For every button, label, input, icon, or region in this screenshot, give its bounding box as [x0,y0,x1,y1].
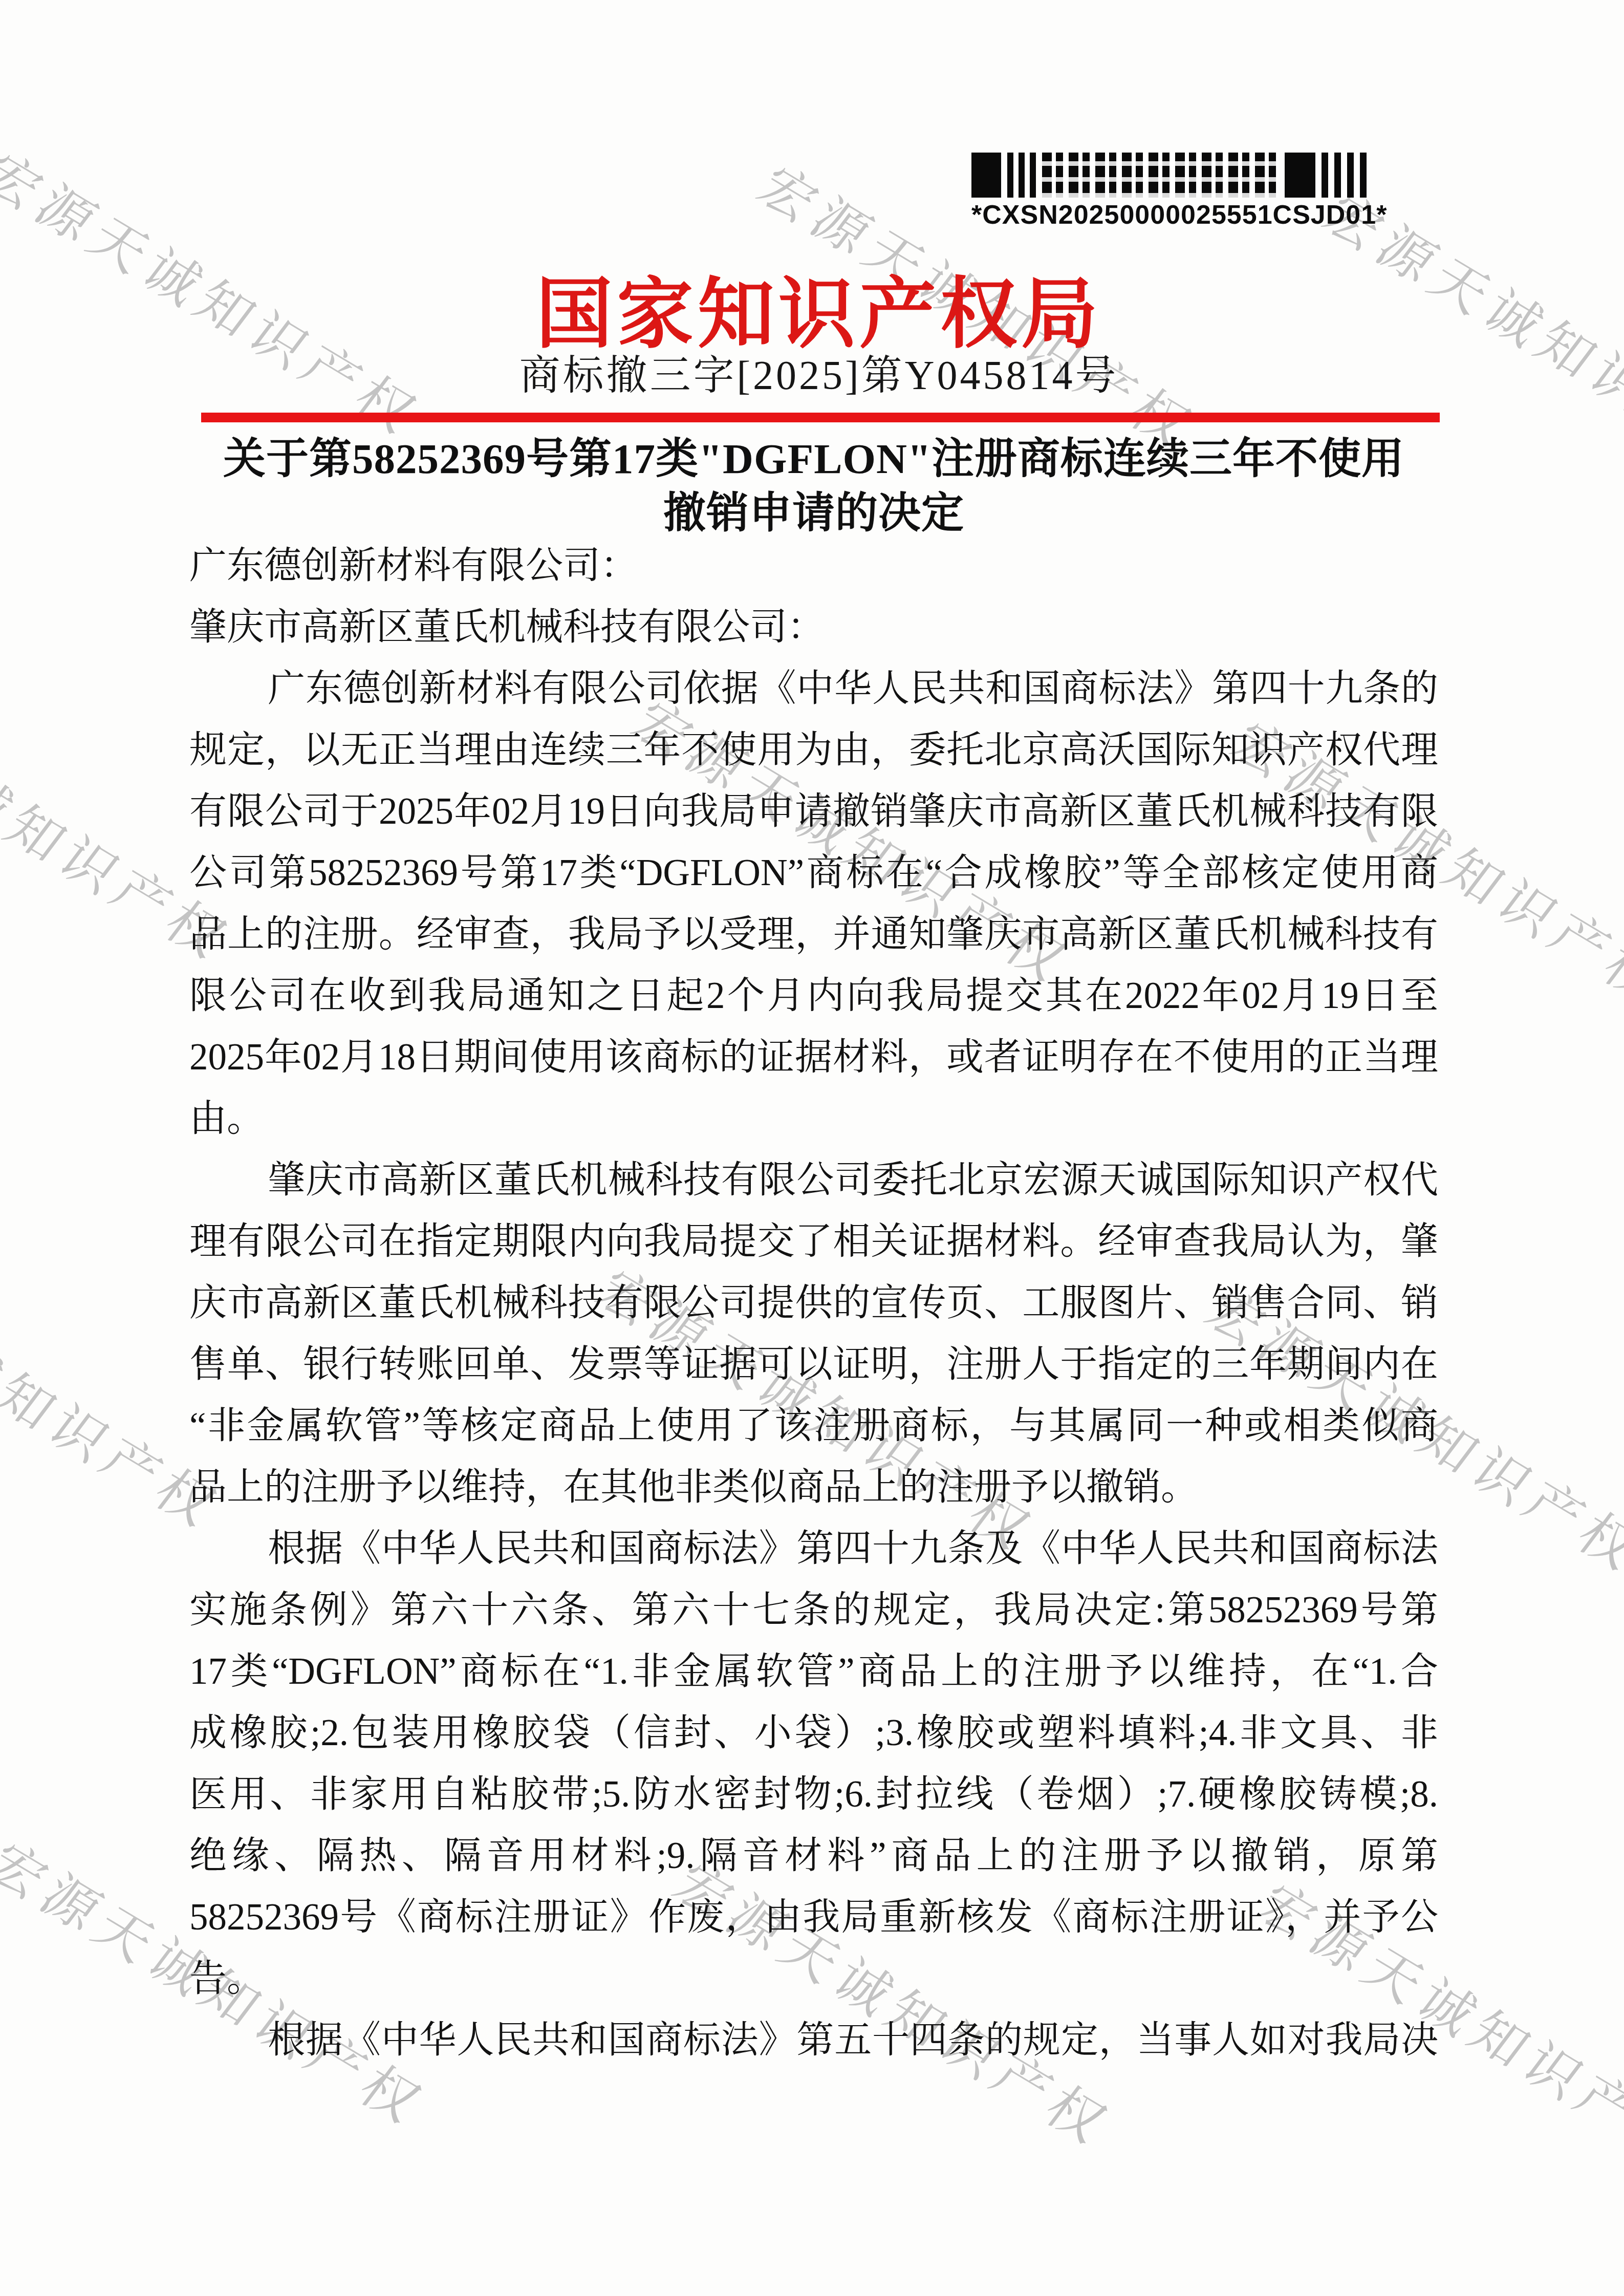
body-line: 广东德创新材料有限公司： [189,535,1438,596]
body-line: 肇庆市高新区董氏机械科技有限公司委托北京宏源天诚国际知识产权代 [189,1149,1438,1211]
decision-title-line2: 撤销申请的决定 [92,486,1535,540]
barcode-text: *CXSN20250000025551CSJD01* [971,200,1376,230]
body-line: 绝缘、隔热、隔音用材料;9.隔音材料”商品上的注册予以撤销，原第 [189,1825,1438,1886]
red-divider [201,413,1440,422]
body-line: 医用、非家用自粘胶带;5.防水密封物;6.封拉线（卷烟）;7.硬橡胶铸模;8. [189,1764,1438,1825]
body-line: 公司第58252369号第17类“DGFLON”商标在“合成橡胶”等全部核定使用… [189,842,1438,904]
document-page: 宏源天诚知识产权宏源天诚知识产权宏源天诚知识产权宏源天诚知识产权宏源天诚知识产权… [0,0,1624,2296]
body-line: 实施条例》第六十六条、第六十七条的规定，我局决定:第58252369号第 [189,1579,1438,1641]
body-line: 告。 [189,1948,1438,2009]
body-line: 肇庆市高新区董氏机械科技有限公司： [189,596,1438,658]
body-line: 庆市高新区董氏机械科技有限公司提供的宣传页、工服图片、销售合同、销 [189,1272,1438,1334]
barcode-2d-region [1042,153,1279,198]
body-line: 品上的注册。经审查，我局予以受理，并通知肇庆市高新区董氏机械科技有 [189,904,1438,965]
body-line: 理有限公司在指定期限内向我局提交了相关证据材料。经审查我局认为，肇 [189,1211,1438,1272]
barcode-block [1285,153,1315,198]
body-line: 规定，以无正当理由连续三年不使用为由，委托北京高沃国际知识产权代理 [189,719,1438,781]
body-line: 限公司在收到我局通知之日起2个月内向我局提交其在2022年02月19日至 [189,965,1438,1026]
body-line: 成橡胶;2.包装用橡胶袋（信封、小袋）;3.橡胶或塑料填料;4.非文具、非 [189,1702,1438,1764]
body-line: “非金属软管”等核定商品上使用了该注册商标，与其属同一种或相类似商 [189,1395,1438,1456]
body-line: 17类“DGFLON”商标在“1.非金属软管”商品上的注册予以维持，在“1.合 [189,1641,1438,1702]
barcode-bars [1007,153,1036,198]
body-line: 2025年02月18日期间使用该商标的证据材料，或者证明存在不使用的正当理 [189,1026,1438,1088]
body-line: 根据《中华人民共和国商标法》第四十九条及《中华人民共和国商标法 [189,1518,1438,1579]
barcode-block [971,153,1001,198]
decision-title-line1: 关于第58252369号第17类"DGFLON"注册商标连续三年不使用 [92,432,1535,486]
body-line: 有限公司于2025年02月19日向我局申请撤销肇庆市高新区董氏机械科技有限 [189,781,1438,842]
document-number: 商标撤三字[2025]第Y045814号 [0,342,1624,401]
barcode [971,153,1367,198]
barcode-bars [1322,153,1367,198]
body-line: 品上的注册予以维持，在其他非类似商品上的注册予以撤销。 [189,1456,1438,1518]
body-text: 广东德创新材料有限公司：肇庆市高新区董氏机械科技有限公司：广东德创新材料有限公司… [189,535,1438,2071]
decision-title: 关于第58252369号第17类"DGFLON"注册商标连续三年不使用 撤销申请… [92,432,1535,540]
body-line: 由。 [189,1088,1438,1149]
body-line: 广东德创新材料有限公司依据《中华人民共和国商标法》第四十九条的 [189,658,1438,719]
body-line: 售单、银行转账回单、发票等证据可以证明，注册人于指定的三年期间内在 [189,1334,1438,1395]
body-line: 58252369号《商标注册证》作废，由我局重新核发《商标注册证》，并予公 [189,1886,1438,1948]
body-line: 根据《中华人民共和国商标法》第五十四条的规定，当事人如对我局决 [189,2009,1438,2071]
